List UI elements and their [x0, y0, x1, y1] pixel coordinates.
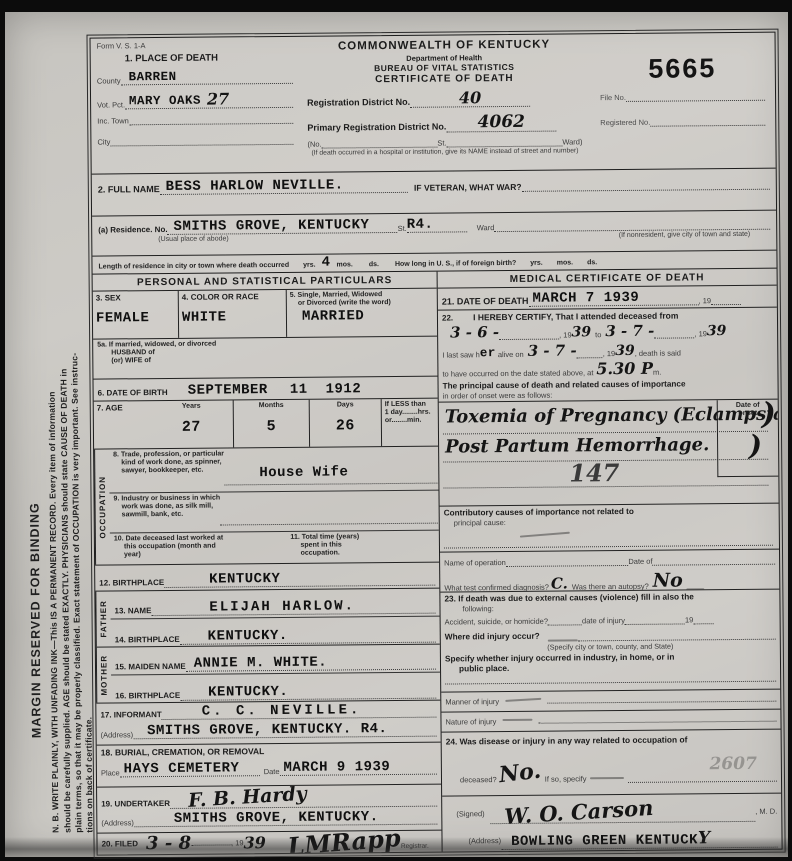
st-label: St.: [437, 139, 446, 148]
father-name-label: 13. NAME: [114, 607, 151, 617]
last-worked-label3: year): [124, 550, 291, 560]
attended-from-year: 39: [572, 325, 592, 339]
dod-label: 21. DATE OF DEATH: [442, 296, 529, 308]
yrs-label: yrs.: [303, 262, 316, 270]
mother-bp-label: 16. BIRTHPLACE: [115, 691, 180, 701]
full-name-section: 2. FULL NAME BESS HARLOW NEVILLE. IF VET…: [92, 169, 776, 217]
scanned-paper: MARGIN RESERVED FOR BINDING N. B. WRITE …: [5, 12, 788, 857]
trade-row: 8. Trade, profession, or particular kind…: [109, 447, 438, 494]
last-saw-year: 39: [615, 344, 635, 358]
ds-label: ds.: [369, 261, 379, 269]
registered-no-label: Registered No.: [600, 118, 650, 127]
race-value: WHITE: [182, 310, 283, 325]
father-birthplace-row: 14. BIRTHPLACE KENTUCKY.: [111, 617, 440, 648]
county-value: BARREN: [129, 71, 177, 84]
commonwealth-title: COMMONWEALTH OF KENTUCKY: [307, 38, 582, 54]
dob-row: 6. DATE OF BIRTH SEPTEMBER 11 1912: [93, 377, 437, 402]
q24-deceased-label: deceased?: [460, 775, 497, 784]
age-less-label3: or........min.: [385, 417, 435, 425]
undertaker-addr-label: (Address): [101, 818, 134, 827]
yrs2-label: yrs.: [530, 260, 543, 268]
manner-label: Manner of injury: [445, 697, 499, 706]
columns-section: PERSONAL AND STATISTICAL PARTICULARS 3. …: [93, 269, 782, 855]
total-time-label3: occupation.: [301, 549, 436, 558]
residence-st-label: St.: [398, 224, 407, 233]
undertaker-label: 19. UNDERTAKER: [101, 799, 170, 809]
age-months-cell: Months 5: [234, 400, 310, 448]
age-less-cell: If LESS than 1 day........hrs. or.......…: [382, 399, 438, 446]
county-row: County BARREN: [97, 70, 293, 85]
inc-town-row: Inc. Town: [97, 115, 293, 126]
spouse-row: 5a. If married, widowed, or divorced HUS…: [93, 337, 437, 380]
dob-year: 1912: [326, 382, 362, 396]
physician-address-row: (Address) BOWLING GREEN KENTUCK Y: [442, 828, 781, 852]
residence-ward-label: Ward: [477, 223, 495, 232]
hospital-note: (If death occurred in a hospital or inst…: [307, 147, 582, 156]
time-m: m.: [653, 368, 661, 377]
age-years-value: 27: [153, 419, 230, 435]
primary-district-row: Primary Registration District No. 4062: [307, 113, 582, 133]
father-bp-value: KENTUCKY.: [208, 629, 288, 644]
race-cell: 4. COLOR OR RACE WHITE: [179, 290, 287, 338]
form-number: Form V. S. 1-A: [97, 40, 293, 51]
burial-place-label: Place: [101, 769, 120, 778]
marital-cell: 5. Single, Married, Widowed or Divorced …: [287, 289, 437, 337]
dob-day: 11: [290, 383, 308, 397]
occupation-group: OCCUPATION 8. Trade, profession, or part…: [94, 447, 439, 566]
occurred-line: to have occurred on the date stated abov…: [442, 368, 593, 378]
dod-suffix: , 19: [698, 296, 711, 305]
ds2-label: ds.: [587, 259, 597, 267]
dob-label: 6. DATE OF BIRTH: [98, 388, 168, 398]
sex-label: 3. SEX: [96, 293, 175, 303]
last-saw-year-pre: , 19: [603, 349, 616, 358]
registration-district-row: Registration District No. 40: [307, 89, 582, 108]
signed-label: (Signed): [456, 809, 484, 818]
marital-label2: or Divorced (write the word): [298, 299, 434, 308]
place-of-death-title: 1. PLACE OF DEATH: [125, 52, 293, 65]
operation-label: Name of operation: [444, 558, 506, 568]
length-label: Length of residence in city or town wher…: [98, 262, 289, 272]
mother-side-label: MOTHER: [96, 647, 111, 702]
certificate-title: CERTIFICATE OF DEATH: [307, 72, 582, 86]
certify-text: I HEREBY CERTIFY, That I attended deceas…: [473, 311, 678, 323]
age-months-value: 5: [237, 419, 306, 435]
total-time-cell: 11. Total time (years) spent in this occ…: [290, 533, 435, 558]
burial-date-value: MARCH 9 1939: [283, 760, 390, 775]
filed-year-pre: , 19: [231, 838, 244, 847]
cause-code: 147: [569, 461, 619, 485]
cause-of-death-block: Toxemia of Pregnancy (Eclampsia ) Post P…: [439, 400, 779, 507]
age-less-label2: 1 day........hrs.: [385, 409, 435, 417]
dob-month: SEPTEMBER: [188, 383, 268, 398]
specify-line2: public place.: [459, 662, 776, 675]
age-years-label: Years: [153, 402, 230, 411]
undertaker-addr-value: SMITHS GROVE, KENTUCKY.: [174, 810, 379, 826]
father-group: FATHER 13. NAME ELIJAH HARLOW. 14. BIRTH…: [95, 589, 439, 648]
reg-district-label: Registration District No.: [307, 97, 410, 109]
signed-md: , M. D.: [755, 806, 777, 815]
q24-ifso-label: If so, specify: [545, 774, 587, 783]
precinct-label: Vot. Pct.: [97, 100, 125, 109]
filed-row: 20. FILED 3 - 8 , 19 39 LMRapp Registrar…: [97, 831, 441, 855]
title-block: COMMONWEALTH OF KENTUCKY Department of H…: [299, 34, 591, 172]
full-name-value: BESS HARLOW NEVILLE.: [166, 178, 344, 194]
age-years-cell: Years 27: [150, 400, 234, 448]
age-days-cell: Days 26: [310, 399, 382, 447]
age-label: 7. AGE: [97, 403, 147, 413]
q24-line1: 24. Was disease or injury in any way rel…: [446, 734, 777, 747]
father-name-value: ELIJAH HARLOW.: [209, 599, 355, 614]
foreign-label: How long in U. S., if of foreign birth?: [395, 260, 516, 269]
burial-place-value: HAYS CEMETERY: [124, 762, 240, 777]
file-number-block: 5665 File No. Registered No.: [589, 33, 775, 170]
burial-row: 18. BURIAL, CREMATION, OR REMOVAL Place …: [97, 743, 441, 788]
sex-cell: 3. SEX FEMALE: [93, 291, 179, 339]
birthplace-row: 12. BIRTHPLACE KENTUCKY: [95, 563, 439, 592]
injury-date-label: date of injury: [582, 616, 625, 625]
header-section: Form V. S. 1-A 1. PLACE OF DEATH County …: [91, 33, 776, 175]
death-said: , death is said: [635, 349, 681, 358]
informant-addr-label: (Address): [101, 730, 134, 739]
injury-19: 19: [685, 615, 693, 624]
principal-line2: in order of onset were as follows:: [443, 389, 774, 401]
death-certificate-form: Form V. S. 1-A 1. PLACE OF DEATH County …: [90, 32, 783, 856]
mos-label: mos.: [336, 261, 352, 269]
sex-value: FEMALE: [96, 310, 175, 325]
last-worked-cell: 10. Date deceased last worked at this oc…: [114, 534, 291, 560]
full-name-label: 2. FULL NAME: [98, 184, 160, 195]
accident-label: Accident, suicide, or homicide?: [445, 617, 548, 627]
last-saw-pre: I last saw h: [442, 350, 480, 359]
last-saw-mid: alive on: [498, 350, 524, 359]
mother-group: MOTHER 15. MAIDEN NAME ANNIE M. WHITE. 1…: [96, 645, 440, 704]
precinct-value: MARY OAKS: [129, 95, 201, 108]
abode-note: (Usual place of abode): [158, 235, 228, 243]
residence-label: (a) Residence. No.: [98, 225, 167, 235]
filed-label: 20. FILED: [102, 839, 139, 849]
last-worked-row: 10. Date deceased last worked at this oc…: [110, 531, 439, 564]
attended-to-year: 39: [707, 324, 727, 338]
death-time: 5.30 P: [596, 361, 653, 377]
operation-date-label: Date of: [628, 557, 652, 566]
no-label: (No.: [307, 140, 321, 149]
occupation-side-label: OCCUPATION: [94, 449, 110, 564]
registrar-label: Registrar.: [401, 843, 429, 850]
attended-to-value: 3 - 7 -: [605, 324, 654, 339]
certificate-stamp-number: 5665: [600, 53, 765, 85]
filed-year: 39: [244, 835, 266, 851]
external-causes-block: 23. If death was due to external causes …: [440, 590, 780, 693]
father-name-row: 13. NAME ELIJAH HARLOW.: [110, 589, 439, 620]
informant-addr-value: SMITHS GROVE, KENTUCKY. R4.: [147, 722, 387, 738]
mother-bp-value: KENTUCKY.: [208, 685, 288, 700]
marital-value: MARRIED: [302, 309, 434, 324]
personal-column: PERSONAL AND STATISTICAL PARTICULARS 3. …: [93, 272, 443, 855]
burial-label: 18. BURIAL, CREMATION, OR REMOVAL: [101, 745, 437, 758]
certify-no: 22.: [442, 313, 453, 323]
registered-no-row: Registered No.: [600, 117, 765, 127]
medical-column: MEDICAL CERTIFICATE OF DEATH 21. DATE OF…: [438, 269, 782, 852]
onset-label2: onset: [720, 410, 776, 419]
physician-addr-y: Y: [698, 830, 710, 847]
precinct-row: Vot. Pct. MARY OAKS 27: [97, 91, 293, 110]
signed-row: (Signed) W. O. Carson , M. D.: [442, 794, 781, 831]
place-of-death-block: Form V. S. 1-A 1. PLACE OF DEATH County …: [91, 37, 300, 174]
informant-row: 17. INFORMANT C. C. NEVILLE. (Address) S…: [96, 701, 440, 746]
spouse-label3: (or) WIFE of: [111, 355, 433, 366]
county-label: County: [97, 76, 121, 85]
city-row: City: [97, 136, 293, 147]
inc-town-label: Inc. Town: [97, 116, 129, 125]
last-saw-er: er: [480, 347, 496, 360]
mother-birthplace-row: 16. BIRTHPLACE KENTUCKY.: [111, 673, 440, 704]
ward-label: Ward): [562, 137, 582, 146]
primary-district-label: Primary Registration District No.: [307, 122, 446, 134]
informant-value: C. C. NEVILLE.: [202, 703, 362, 718]
age-days-value: 26: [313, 418, 378, 434]
trade-value: House Wife: [259, 465, 348, 480]
mother-name-row: 15. MAIDEN NAME ANNIE M. WHITE.: [111, 645, 440, 676]
residence-st-value: R4.: [407, 218, 434, 232]
mother-name-value: ANNIE M. WHITE.: [194, 656, 328, 671]
mother-name-label: 15. MAIDEN NAME: [115, 662, 186, 672]
reg-district-value: 40: [459, 90, 481, 106]
from-year-pre: , 19: [559, 331, 572, 340]
last-saw-date: 3 - 7 -: [528, 344, 577, 359]
father-side-label: FATHER: [95, 591, 110, 646]
to-year-pre: , 19: [694, 329, 707, 338]
to-label: to: [595, 330, 601, 339]
occupation-related-block: 24. Was disease or injury in any way rel…: [442, 730, 782, 797]
autopsy-value: No: [653, 571, 683, 590]
physician-addr-label: (Address): [468, 836, 501, 845]
filed-date: 3 - 8: [146, 834, 191, 852]
informant-label: 17. INFORMANT: [100, 710, 161, 720]
certificate-scan: MARGIN RESERVED FOR BINDING N. B. WRITE …: [5, 12, 787, 854]
physician-addr-value: BOWLING GREEN KENTUCK: [511, 833, 698, 849]
specify-note: (Specify city or town, county, and State…: [445, 641, 776, 653]
city-label: City: [97, 137, 110, 146]
signed-value: W. O. Carson: [504, 797, 654, 827]
nature-label: Nature of injury: [445, 717, 496, 726]
file-no-label: File No.: [600, 93, 626, 102]
undertaker-row: 19. UNDERTAKER F. B. Hardy (Address) SMI…: [97, 785, 441, 834]
precinct-number: 27: [207, 91, 229, 107]
file-no-row: File No.: [600, 92, 765, 102]
birthplace-label: 12. BIRTHPLACE: [99, 578, 164, 588]
where-label: Where did injury occur?: [445, 632, 540, 643]
operation-block: Name of operation Date of What test conf…: [440, 550, 779, 593]
undertaker-signature: F. B. Hardy: [187, 785, 307, 811]
q24-faint-code: 2607: [709, 756, 756, 773]
attended-from-value: 3 - 6 -: [450, 325, 499, 340]
race-label: 4. COLOR OR RACE: [182, 292, 283, 302]
father-bp-label: 14. BIRTHPLACE: [115, 635, 180, 645]
age-label-cell: 7. AGE: [94, 401, 150, 448]
cause-line2: Post Partum Hemorrhage.: [445, 436, 709, 456]
birthplace-value: KENTUCKY: [209, 572, 280, 587]
registrar-signature: LMRapp: [287, 831, 402, 855]
certify-block: 22. I HEREBY CERTIFY, That I attended de…: [438, 308, 778, 403]
primary-district-value: 4062: [478, 114, 525, 131]
veteran-label: IF VETERAN, WHAT WAR?: [414, 182, 522, 193]
age-months-label: Months: [237, 402, 306, 411]
residence-value: SMITHS GROVE, KENTUCKY: [173, 218, 369, 234]
age-row: 7. AGE Years 27 Months 5 Days 26: [94, 399, 438, 450]
industry-row: 9. Industry or business in which work wa…: [109, 491, 438, 534]
sex-race-marital-row: 3. SEX FEMALE 4. COLOR OR RACE WHITE 5. …: [93, 289, 437, 340]
margin-binding-text: MARGIN RESERVED FOR BINDING: [26, 308, 44, 738]
yrs-value: 4: [321, 256, 330, 270]
dod-value: MARCH 7 1939: [532, 291, 639, 306]
contributory-block: Contributory causes of importance not re…: [440, 504, 779, 553]
mos2-label: mos.: [557, 259, 573, 267]
date-of-onset-box: Date of onset: [717, 400, 779, 478]
age-days-label: Days: [313, 401, 378, 410]
test-value: C.: [551, 576, 568, 591]
nonresident-note: (If nonresident, give city of town and s…: [619, 231, 751, 239]
industry-label3: sawmill, bank, etc.: [122, 509, 435, 520]
burial-date-label: Date: [264, 767, 280, 776]
date-of-death-row: 21. DATE OF DEATH MARCH 7 1939 , 19: [438, 286, 777, 311]
q24-value: No.: [498, 760, 542, 787]
margin-note-line4: tions on back of certificate.: [82, 573, 94, 833]
residence-section: (a) Residence. No. SMITHS GROVE, KENTUCK…: [92, 211, 776, 257]
contributory-label2: principal cause:: [454, 516, 775, 528]
